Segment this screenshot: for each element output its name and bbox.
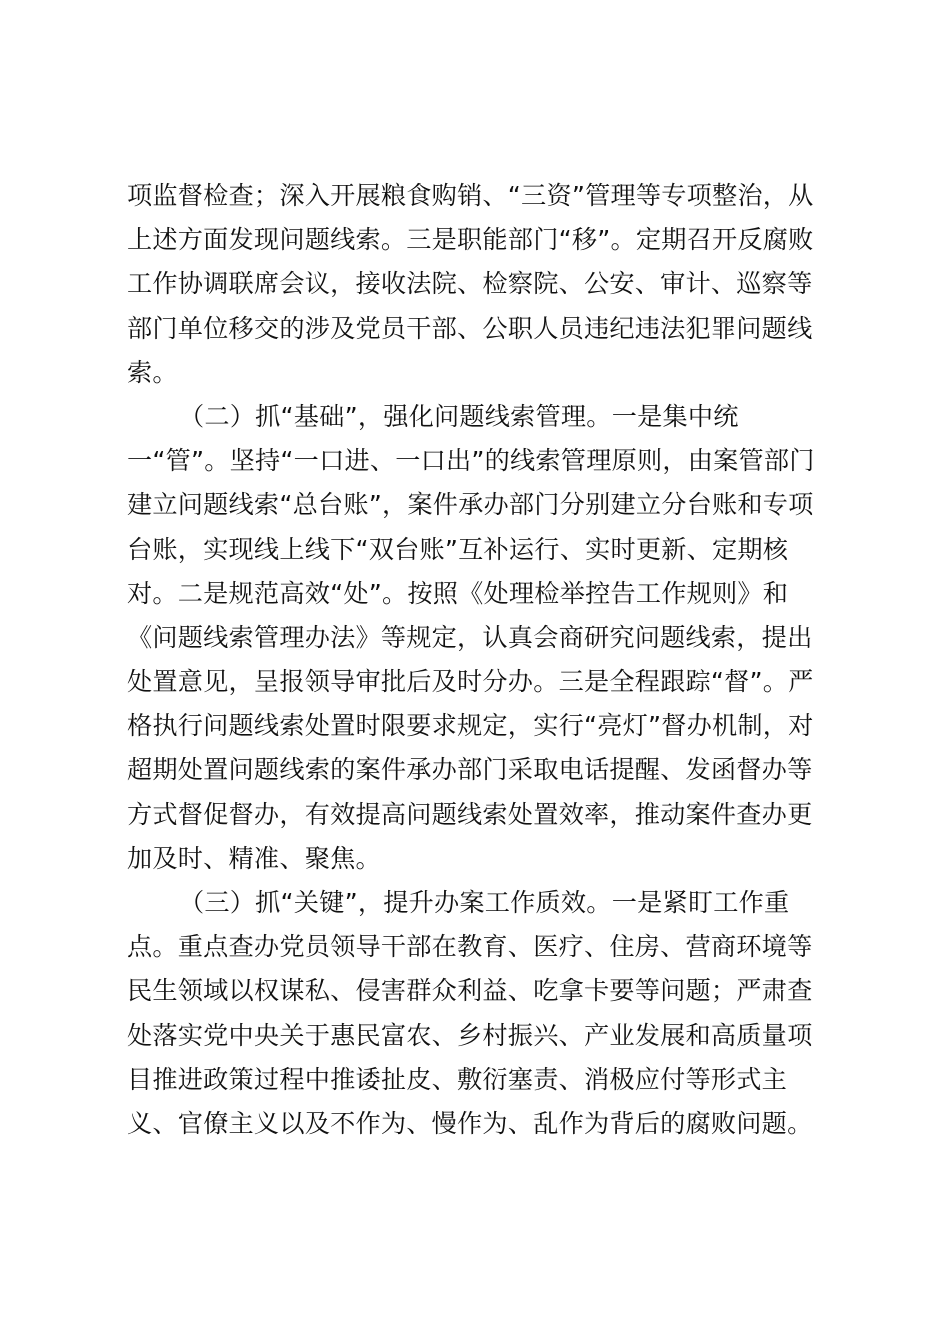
paragraph-section-2: （二）抓“基础”，强化问题线索管理。一是集中统 一“管”。坚持“一口进、一口出”… — [127, 395, 827, 881]
paragraph-1-continuation: 项监督检查；深入开展粮食购销、“三资”管理等专项整治，从 上述方面发现问题线索。… — [127, 174, 827, 395]
section-heading-line: （三）抓“关键”，提升办案工作质效。一是紧盯工作重 — [127, 881, 827, 925]
text-line: 格执行问题线索处置时限要求规定，实行“亮灯”督办机制，对 — [127, 704, 827, 748]
text-line: 一“管”。坚持“一口进、一口出”的线索管理原则，由案管部门 — [127, 439, 827, 483]
paragraph-section-3: （三）抓“关键”，提升办案工作质效。一是紧盯工作重 点。重点查办党员领导干部在教… — [127, 881, 827, 1146]
text-line: 点。重点查办党员领导干部在教育、医疗、住房、营商环境等 — [127, 925, 827, 969]
text-line: 建立问题线索“总台账”，案件承办部门分别建立分台账和专项 — [127, 483, 827, 527]
text-line: 目推进政策过程中推诿扯皮、敷衍塞责、消极应付等形式主 — [127, 1058, 827, 1102]
text-line: 工作协调联席会议，接收法院、检察院、公安、审计、巡察等 — [127, 262, 827, 306]
text-line: 处置意见，呈报领导审批后及时分办。三是全程跟踪“督”。严 — [127, 660, 827, 704]
text-line: 项监督检查；深入开展粮食购销、“三资”管理等专项整治，从 — [127, 174, 827, 218]
text-line: 对。二是规范高效“处”。按照《处理检举控告工作规则》和 — [127, 572, 827, 616]
text-line: 方式督促督办，有效提高问题线索处置效率，推动案件查办更 — [127, 793, 827, 837]
text-line: 部门单位移交的涉及党员干部、公职人员违纪违法犯罪问题线 — [127, 307, 827, 351]
text-line: 义、官僚主义以及不作为、慢作为、乱作为背后的腐败问题。 — [127, 1102, 827, 1146]
text-line: 民生领域以权谋私、侵害群众利益、吃拿卡要等问题；严肃查 — [127, 969, 827, 1013]
section-heading-line: （二）抓“基础”，强化问题线索管理。一是集中统 — [127, 395, 827, 439]
document-page: 项监督检查；深入开展粮食购销、“三资”管理等专项整治，从 上述方面发现问题线索。… — [127, 174, 827, 1146]
text-line: 上述方面发现问题线索。三是职能部门“移”。定期召开反腐败 — [127, 218, 827, 262]
text-line: 加及时、精准、聚焦。 — [127, 837, 827, 881]
text-line: 处落实党中央关于惠民富农、乡村振兴、产业发展和高质量项 — [127, 1014, 827, 1058]
text-line: 超期处置问题线索的案件承办部门采取电话提醒、发函督办等 — [127, 748, 827, 792]
text-line: 《问题线索管理办法》等规定，认真会商研究问题线索，提出 — [127, 616, 827, 660]
text-line: 台账，实现线上线下“双台账”互补运行、实时更新、定期核 — [127, 528, 827, 572]
text-line: 索。 — [127, 351, 827, 395]
